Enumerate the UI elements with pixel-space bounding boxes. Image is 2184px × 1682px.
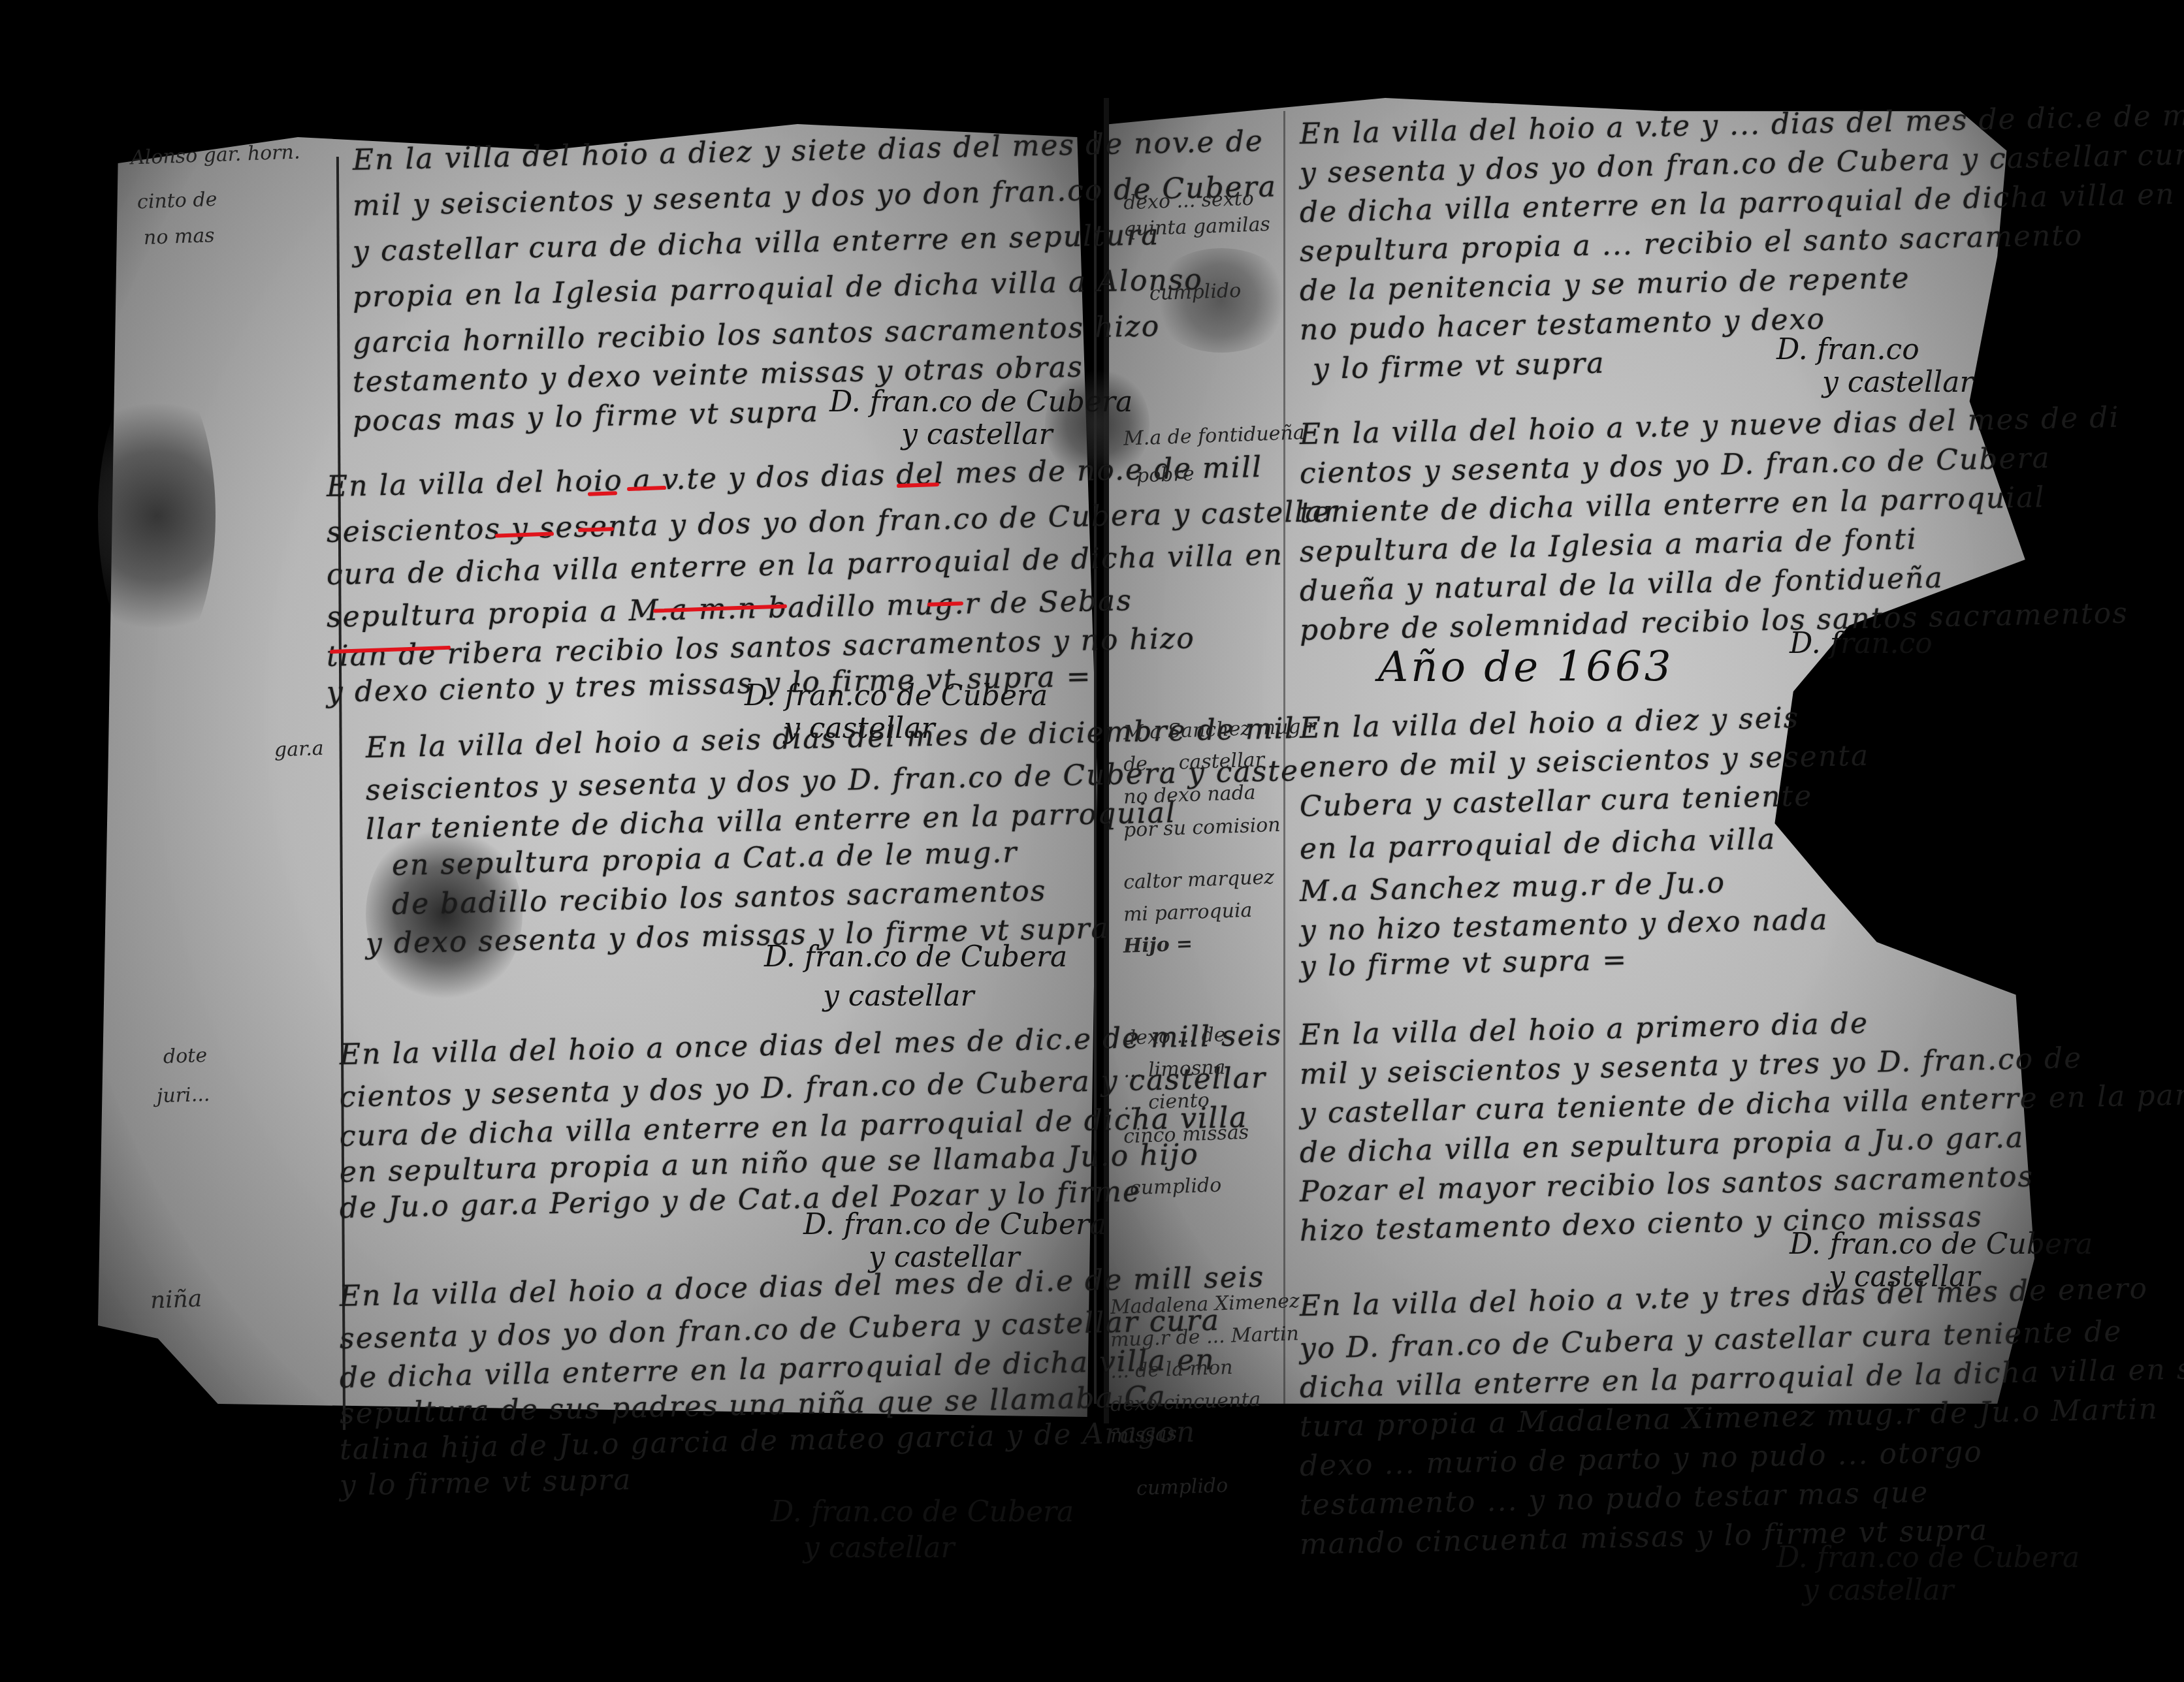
margin-note: ... ciento bbox=[1123, 1089, 1210, 1115]
margin-note: cinto de bbox=[136, 188, 217, 214]
signature: D. fran.co de Cubera bbox=[803, 1208, 1106, 1241]
margin-note: dexo cincuenta bbox=[1110, 1388, 1261, 1416]
margin-note: ... de la mon bbox=[1110, 1356, 1233, 1384]
margin-note: no dexo nada bbox=[1123, 781, 1256, 808]
entry-line: dexo ... murio de parto y no pudo ... ot… bbox=[1299, 1435, 1983, 1483]
margin-note: Hijo = bbox=[1123, 932, 1193, 958]
signature: y castellar bbox=[1803, 1574, 1953, 1607]
margin-note: juri... bbox=[156, 1083, 210, 1108]
margin-note: cumplido bbox=[1129, 1174, 1221, 1200]
signature: D. fran.co de Cubera bbox=[771, 1495, 1074, 1529]
year-heading: Año de 1663 bbox=[1378, 643, 1673, 691]
margin-note: cinco missas bbox=[1123, 1121, 1249, 1149]
document-scan: Alonso gar. horn. cinto de no mas En la … bbox=[0, 0, 2184, 1682]
signature: y castellar bbox=[823, 979, 974, 1013]
entry-line: y lo firme vt supra bbox=[1312, 347, 1605, 386]
margin-note: niña bbox=[150, 1286, 202, 1314]
signature: D. fran.co de Cubera bbox=[829, 385, 1132, 419]
signature: y castellar bbox=[901, 418, 1052, 451]
signature: D. fran.co de Cubera bbox=[764, 940, 1067, 974]
margin-note: ... limosna bbox=[1123, 1056, 1226, 1082]
signature: D. fran.co bbox=[1790, 627, 1933, 660]
signature: D. fran.co bbox=[1776, 333, 1919, 366]
signature: y castellar bbox=[1822, 366, 1973, 399]
entry-line: testamento ... y no pudo testar mas que bbox=[1299, 1476, 1929, 1522]
signature: D. fran.co de Cubera bbox=[1776, 1541, 2080, 1574]
margin-note: gar.a bbox=[274, 737, 324, 762]
margin-note: no mas bbox=[143, 224, 215, 249]
entry-line: y lo firme vt supra bbox=[339, 1463, 632, 1502]
margin-note: cumplido bbox=[1136, 1474, 1228, 1500]
signature: D. fran.co de Cubera bbox=[745, 679, 1048, 712]
signature: y castellar bbox=[803, 1531, 954, 1564]
margin-note: missas bbox=[1110, 1422, 1177, 1448]
signature: D. fran.co de Cubera bbox=[1790, 1228, 2093, 1261]
margin-note: mi parroquia bbox=[1123, 899, 1253, 927]
margin-note: dote bbox=[163, 1044, 207, 1068]
margin-note: pobre bbox=[1136, 462, 1195, 487]
margin-note: dexo ... sexto bbox=[1123, 187, 1254, 215]
margin-note: dexo ... de bbox=[1123, 1023, 1226, 1049]
entry-line: y lo firme vt supra = bbox=[1299, 943, 1628, 983]
margin-note: cumplido bbox=[1149, 279, 1241, 306]
ink-stain bbox=[98, 366, 216, 666]
